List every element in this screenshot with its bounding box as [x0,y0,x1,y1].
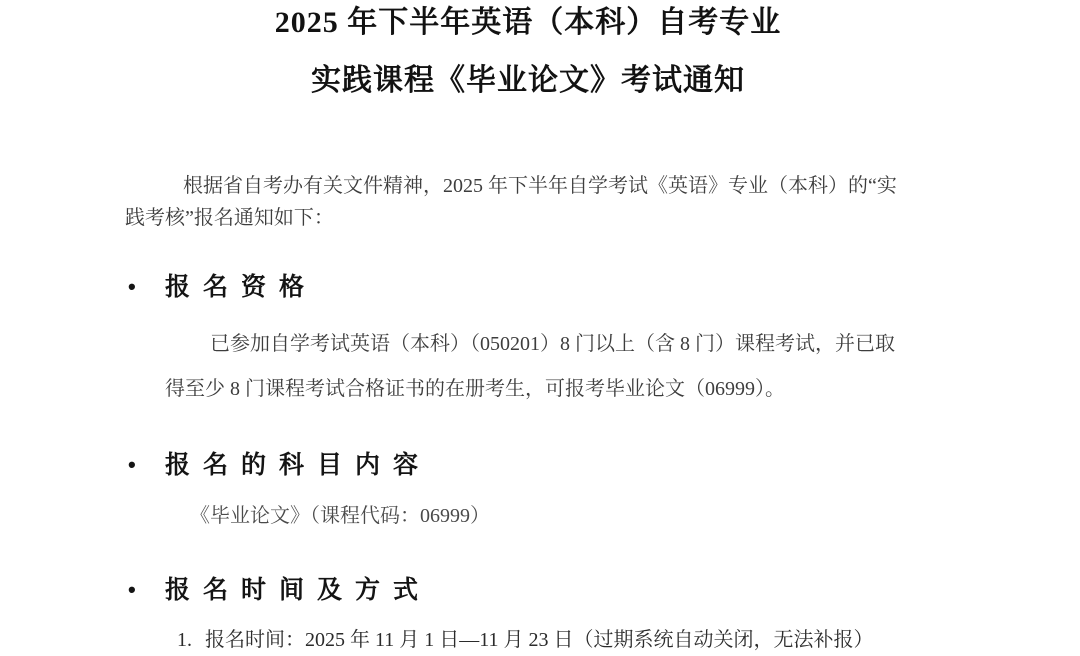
list-item-number: 1. [177,624,192,656]
intro-paragraph-line-2: 践考核”报名通知如下： [125,202,940,234]
registration-time-text: 报名时间：2025 年 11 月 1 日—11 月 23 日（过期系统自动关闭，… [205,629,874,651]
section-heading-time: •报名时间及方式 [128,573,431,607]
bullet-icon: • [128,573,165,607]
section-heading-eligibility-label: 报名资格 [165,273,317,301]
intro-paragraph-line-1: 根据省自考办有关文件精神，2025 年下半年自学考试《英语》专业（本科）的“实 [125,170,940,202]
eligibility-body-line-2: 得至少 8 门课程考试合格证书的在册考生，可报考毕业论文（06999）。 [165,373,785,405]
section-heading-time-label: 报名时间及方式 [165,576,431,604]
document-title-line-2: 实践课程《毕业论文》考试通知 [0,60,1056,102]
document-page: 2025 年下半年英语（本科）自考专业 实践课程《毕业论文》考试通知 根据省自考… [0,0,1080,656]
eligibility-body-line-1: 已参加自学考试英语（本科）（050201）8 门以上（含 8 门）课程考试，并已… [165,328,895,360]
registration-time-item: 1.报名时间：2025 年 11 月 1 日—11 月 23 日（过期系统自动关… [177,624,874,656]
section-heading-eligibility: •报名资格 [128,270,317,304]
section-heading-subject: •报名的科目内容 [128,448,431,482]
document-title-line-1: 2025 年下半年英语（本科）自考专业 [0,2,1056,44]
section-heading-subject-label: 报名的科目内容 [165,451,431,479]
bullet-icon: • [128,270,165,304]
subject-body-line: 《毕业论文》（课程代码：06999） [190,500,490,532]
bullet-icon: • [128,448,165,482]
